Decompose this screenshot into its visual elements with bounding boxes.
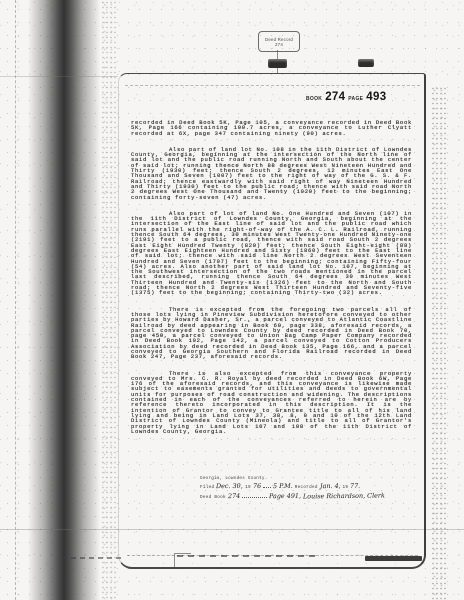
filed-label: Filed — [200, 485, 214, 490]
page-entry-handwritten: Page 491, — [269, 492, 301, 500]
scan-artifact-line-top — [0, 76, 118, 77]
book-binding-gutter-shadow — [28, 0, 100, 600]
recorded-year-handwritten: 77. — [350, 482, 360, 490]
deed-book-handwritten: 274 — [228, 492, 240, 500]
page-number: 493 — [366, 91, 386, 103]
deed-paragraph-exceptions-1: There is excepted from the foregoing two… — [131, 307, 412, 360]
recorded-label: Recorded — [295, 485, 318, 490]
filed-date-handwritten: Dec. 30, — [216, 482, 243, 490]
deed-paragraph-exceptions-2: There is also excepted from this conveya… — [131, 371, 412, 435]
book-number: 274 — [325, 91, 345, 103]
filed-time-handwritten: 5 P.M. — [273, 482, 293, 490]
dotted-leader — [242, 493, 267, 498]
book-label: BOOK — [306, 96, 322, 102]
filing-book-row: Deed Book 274 Page 491, Louise Richardso… — [200, 492, 385, 500]
page-inner-top-rule — [125, 85, 420, 86]
stamp-book-number: 274 — [275, 42, 283, 47]
scanned-deed-page: Deed Record 274 BOOK 274 PAGE 493 record… — [0, 0, 464, 600]
deed-book-label: Deed Book — [200, 495, 226, 500]
book-page-header: BOOK 274 PAGE 493 — [306, 91, 386, 103]
deed-record-stamp: Deed Record 274 — [258, 31, 300, 52]
deed-paragraph-continuation: recorded in Deed Book 5K, Page 105, a co… — [131, 120, 412, 136]
deed-paragraph-lot-108: Also part of land lot No. 108 in the 11t… — [131, 147, 412, 200]
filed-year-prefix: 19 — [245, 485, 251, 490]
page-bottom-dashes — [177, 555, 317, 557]
tape-mark — [268, 59, 287, 68]
deed-body-text: recorded in Deed Book 5K, Page 105, a co… — [131, 120, 412, 445]
deed-paragraph-lot-107: Also part of lot of land No. One Hundred… — [131, 211, 412, 296]
page-right-edge-speckle — [431, 86, 448, 600]
filing-block: Georgia, Lowndes County. Filed Dec. 30, … — [200, 477, 385, 502]
page-bottom-dark-bar — [365, 556, 422, 561]
filed-year-handwritten: 76 — [253, 482, 261, 490]
recorded-date-handwritten: Jan. 4, — [320, 482, 341, 490]
page-label: PAGE — [348, 96, 363, 102]
recorded-year-prefix: 19 — [342, 485, 348, 490]
scan-artifact-dashes — [62, 557, 124, 559]
page-left-edge-speckle — [101, 0, 117, 600]
filing-location: Georgia, Lowndes County. — [200, 477, 385, 481]
tape-mark — [358, 59, 374, 67]
clerk-signature: Louise Richardson, Clerk — [303, 492, 385, 501]
dotted-leader — [263, 483, 271, 488]
film-edge-line — [15, 0, 16, 600]
filing-filed-row: Filed Dec. 30, 19 76 5 P.M. Recorded Jan… — [200, 482, 385, 490]
